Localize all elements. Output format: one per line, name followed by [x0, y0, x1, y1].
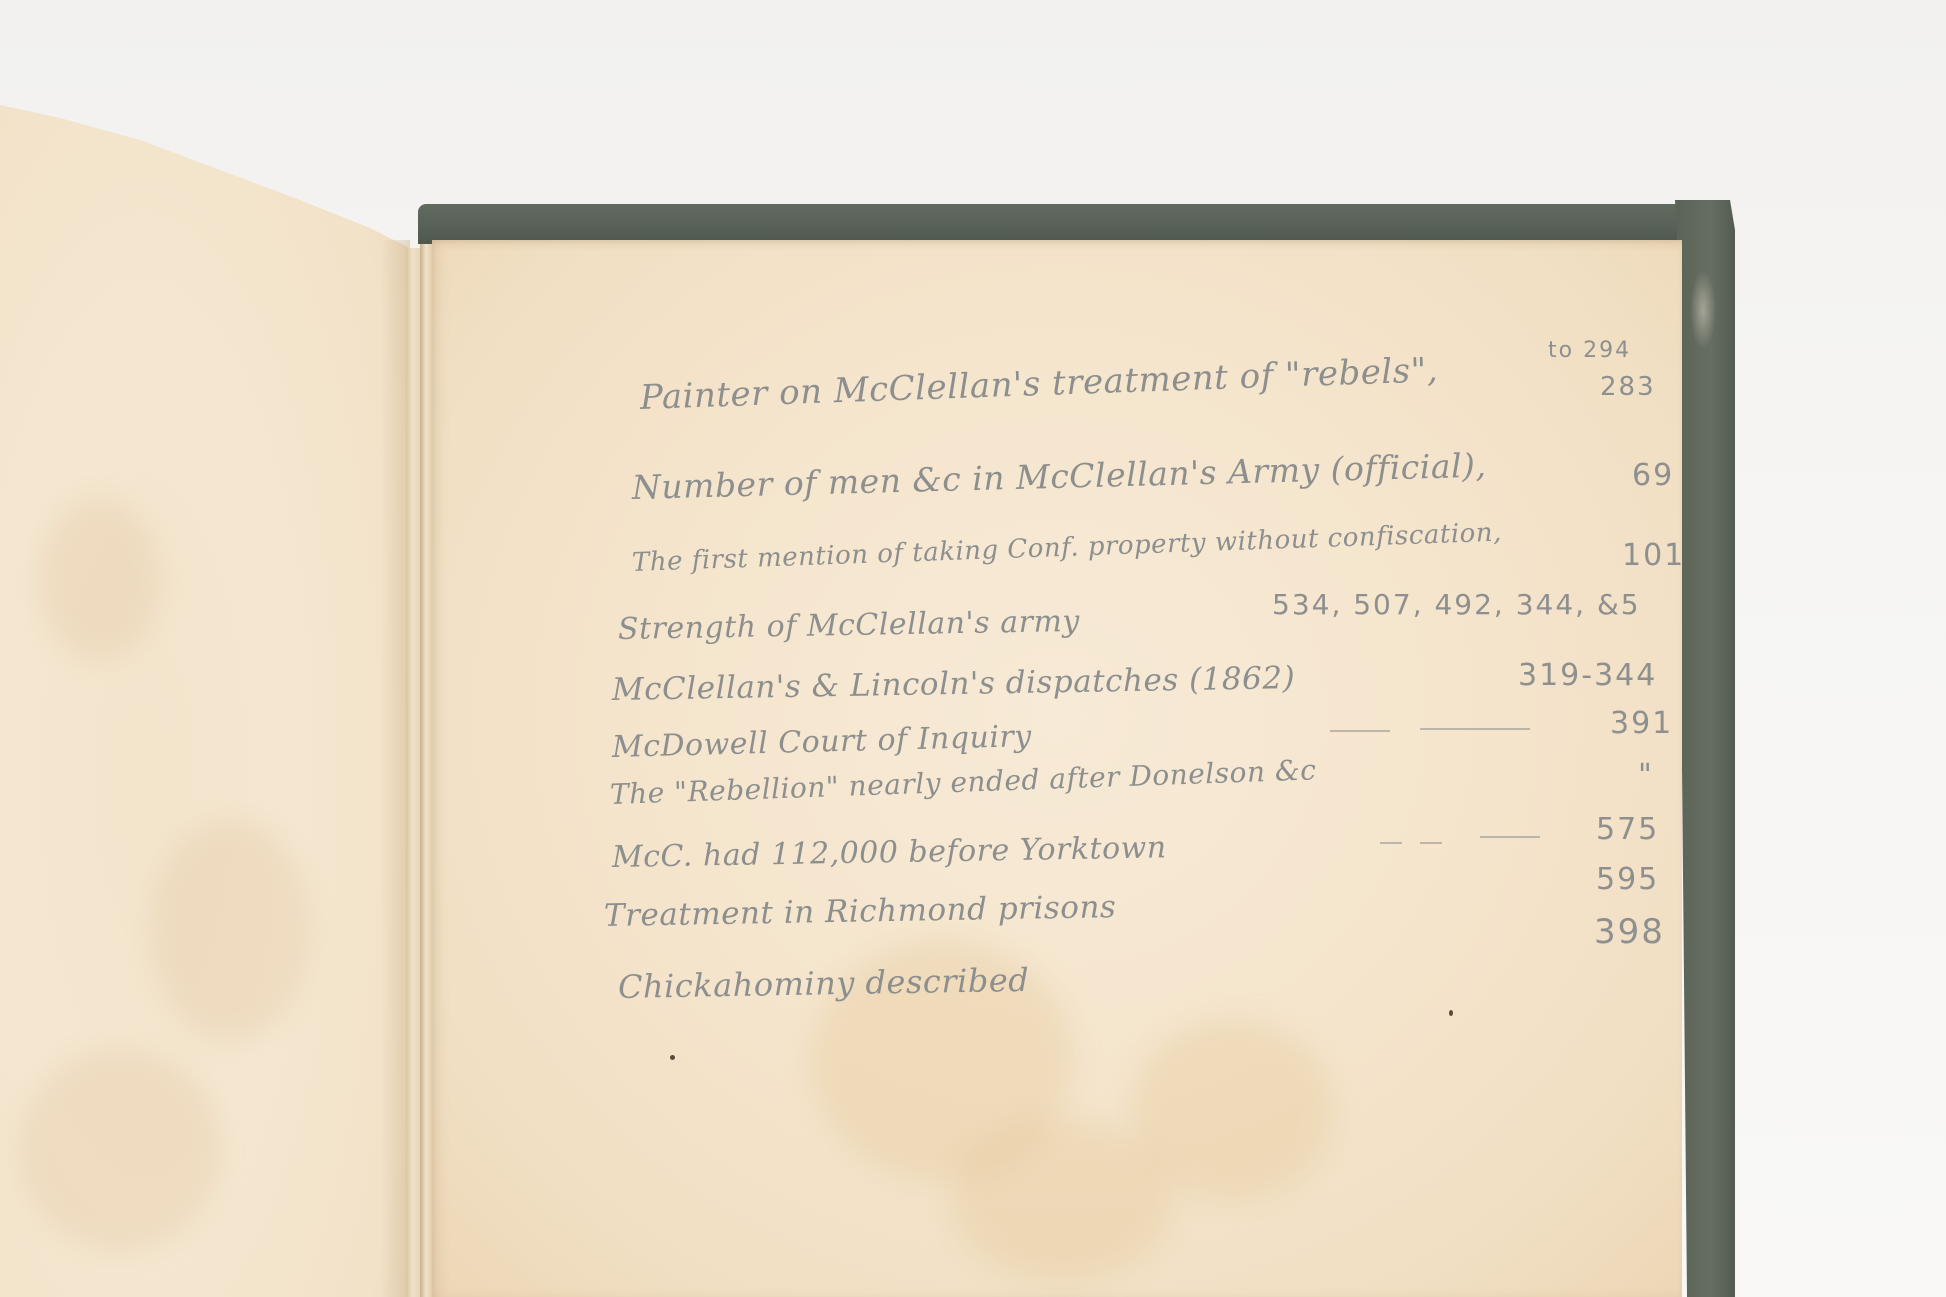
leader-dash — [1330, 730, 1390, 732]
index-entry: The first mention of taking Conf. proper… — [631, 518, 1502, 578]
index-entry: Chickahominy described — [618, 961, 1030, 1006]
page-number: 534, 507, 492, 344, &5 — [1272, 588, 1641, 621]
page-number: 595 — [1596, 862, 1659, 897]
page-number: 575 — [1596, 812, 1659, 847]
photo-scene: to 294 Painter on McClellan's treatment … — [0, 0, 1946, 1297]
page-note: to 294 — [1548, 338, 1631, 363]
leader-dash — [1420, 728, 1530, 730]
index-entry: McC. had 112,000 before Yorktown — [612, 830, 1167, 875]
index-entry: Strength of McClellan's army — [618, 604, 1080, 647]
leader-dash — [1380, 842, 1402, 844]
index-entry: Number of men &c in McClellan's Army (of… — [631, 446, 1486, 507]
page-number: 283 — [1600, 372, 1656, 402]
page-number: 69 — [1632, 458, 1674, 493]
leader-dash — [1480, 836, 1540, 838]
handwritten-index: to 294 Painter on McClellan's treatment … — [0, 0, 1946, 1297]
page-number: 101 — [1622, 538, 1685, 573]
index-entry: McClellan's & Lincoln's dispatches (1862… — [612, 660, 1296, 708]
page-number: 398 — [1594, 912, 1665, 952]
page-number: 319-344 — [1518, 658, 1657, 693]
index-entry: Treatment in Richmond prisons — [604, 889, 1117, 934]
ditto-mark: " — [1638, 758, 1654, 793]
leader-dash — [1420, 842, 1442, 844]
index-entry: McDowell Court of Inquiry — [612, 719, 1033, 765]
page-number: 391 — [1610, 706, 1673, 741]
index-entry: Painter on McClellan's treatment of "reb… — [639, 350, 1438, 418]
